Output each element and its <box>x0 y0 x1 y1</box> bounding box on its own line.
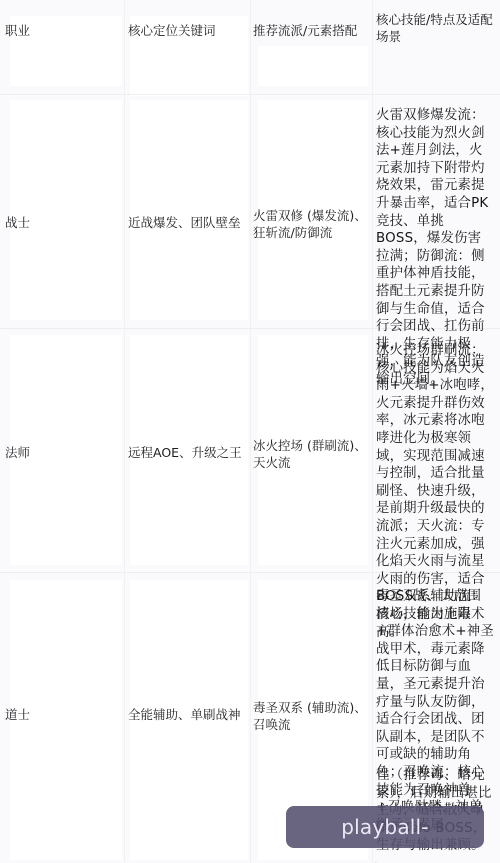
header-builds: 推荐流派/元素搭配 <box>253 22 371 39</box>
class-comparison-table: 职业 核心定位关键词 推荐流派/元素搭配 核心技能/特点及适配场景 战士 近战爆… <box>0 0 500 863</box>
watermark-badge: playball-sports.com <box>286 806 484 848</box>
class-builds: 冰火控场 (群刷流)、天火流 <box>253 437 371 471</box>
class-builds: 毒圣双系 (辅助流)、召唤流 <box>253 699 371 733</box>
class-positioning: 近战爆发、团队壁垒 <box>128 214 248 231</box>
class-name: 道士 <box>5 706 120 723</box>
header-details: 核心技能/特点及适配场景 <box>376 11 494 45</box>
class-name: 战士 <box>5 214 120 231</box>
header-class: 职业 <box>5 22 120 39</box>
table-row: 战士 近战爆发、团队壁垒 火雷双修 (爆发流)、狂斩流/防御流 火雷双修爆发流：… <box>0 94 500 328</box>
class-positioning: 全能辅助、单刷战神 <box>128 706 248 723</box>
class-positioning: 远程AOE、升级之王 <box>128 444 248 461</box>
class-builds: 火雷双修 (爆发流)、狂斩流/防御流 <box>253 207 371 241</box>
header-positioning: 核心定位关键词 <box>128 22 248 39</box>
table-row: 法师 远程AOE、升级之王 冰火控场 (群刷流)、天火流 冰火控场群刷流：核心技… <box>0 328 500 572</box>
table-header-row: 职业 核心定位关键词 推荐流派/元素搭配 核心技能/特点及适配场景 <box>0 0 500 94</box>
class-name: 法师 <box>5 444 120 461</box>
